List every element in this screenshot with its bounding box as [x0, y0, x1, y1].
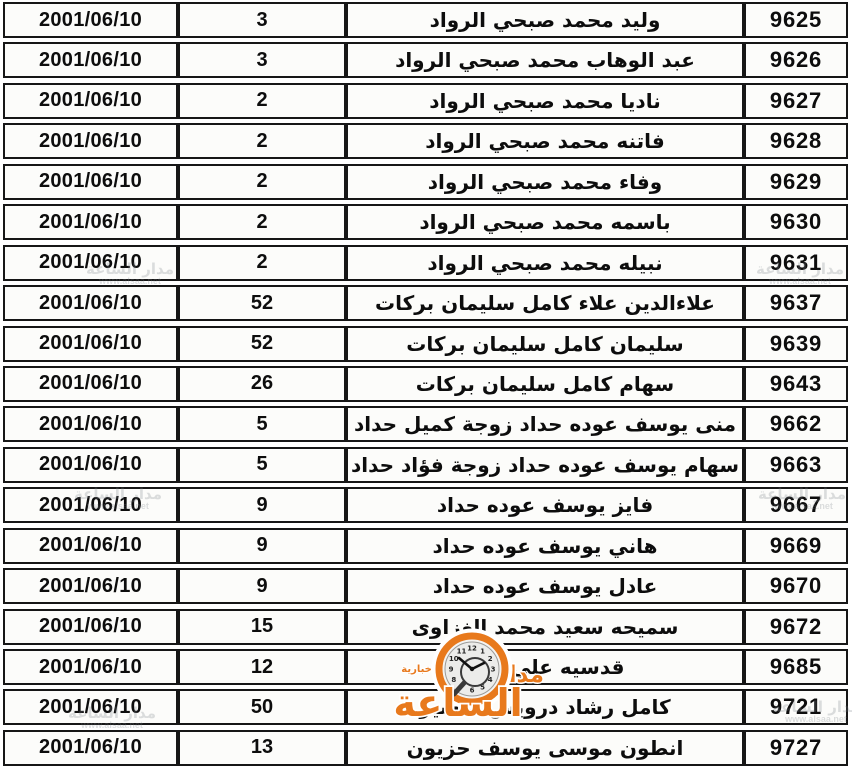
- registration-date-cell: 2001/06/10: [3, 406, 178, 442]
- count-cell: 2: [178, 123, 346, 159]
- registration-date-cell: 2001/06/10: [3, 568, 178, 604]
- registration-date-cell: 2001/06/10: [3, 649, 178, 685]
- table-row: 2001/06/10 2 نبيله محمد صبحي الرواد 9631: [3, 245, 850, 281]
- registration-date-cell: 2001/06/10: [3, 245, 178, 281]
- person-name-cell: سليمان كامل سليمان بركات: [346, 326, 744, 362]
- table-row: 2001/06/10 2 فاتنه محمد صبحي الرواد 9628: [3, 123, 850, 159]
- table-row: 2001/06/10 52 علاءالدين علاء كامل سليمان…: [3, 285, 850, 321]
- person-name-cell: كامل رشاد درويش الاسير: [346, 689, 744, 725]
- record-number-cell: 9672: [744, 609, 848, 645]
- table-row: 2001/06/10 2 ناديا محمد صبحي الرواد 9627: [3, 83, 850, 119]
- registration-date-cell: 2001/06/10: [3, 164, 178, 200]
- person-name-cell: انطون موسى يوسف حزيون: [346, 730, 744, 766]
- count-cell: 15: [178, 609, 346, 645]
- person-name-cell: ناديا محمد صبحي الرواد: [346, 83, 744, 119]
- person-name-cell: سميحه سعيد محمد الغزاوى: [346, 609, 744, 645]
- record-number-cell: 9663: [744, 447, 848, 483]
- person-name-cell: عبد الوهاب محمد صبحي الرواد: [346, 42, 744, 78]
- person-name-cell: فايز يوسف عوده حداد: [346, 487, 744, 523]
- registration-date-cell: 2001/06/10: [3, 204, 178, 240]
- person-name-cell: منى يوسف عوده حداد زوجة كميل حداد: [346, 406, 744, 442]
- table-row: 2001/06/10 9 هاني يوسف عوده حداد 9669: [3, 528, 850, 564]
- record-number-cell: 9721: [744, 689, 848, 725]
- count-cell: 3: [178, 2, 346, 38]
- registration-date-cell: 2001/06/10: [3, 609, 178, 645]
- count-cell: 5: [178, 406, 346, 442]
- table-row: 2001/06/10 2 باسمه محمد صبحي الرواد 9630: [3, 204, 850, 240]
- registration-date-cell: 2001/06/10: [3, 123, 178, 159]
- person-name-cell: نبيله محمد صبحي الرواد: [346, 245, 744, 281]
- table-row: 2001/06/10 5 سهام يوسف عوده حداد زوجة فؤ…: [3, 447, 850, 483]
- person-name-cell: عادل يوسف عوده حداد: [346, 568, 744, 604]
- person-name-cell: وليد محمد صبحي الرواد: [346, 2, 744, 38]
- registration-date-cell: 2001/06/10: [3, 42, 178, 78]
- person-name-cell: قدسيه علي رضا: [346, 649, 744, 685]
- person-name-cell: سهام كامل سليمان بركات: [346, 366, 744, 402]
- registration-date-cell: 2001/06/10: [3, 326, 178, 362]
- registration-date-cell: 2001/06/10: [3, 528, 178, 564]
- record-number-cell: 9627: [744, 83, 848, 119]
- record-number-cell: 9626: [744, 42, 848, 78]
- registration-date-cell: 2001/06/10: [3, 2, 178, 38]
- table-row: 2001/06/10 15 سميحه سعيد محمد الغزاوى 96…: [3, 609, 850, 645]
- person-name-cell: وفاء محمد صبحي الرواد: [346, 164, 744, 200]
- table-row: 2001/06/10 9 فايز يوسف عوده حداد 9667: [3, 487, 850, 523]
- record-number-cell: 9631: [744, 245, 848, 281]
- record-number-cell: 9669: [744, 528, 848, 564]
- record-number-cell: 9639: [744, 326, 848, 362]
- registration-date-cell: 2001/06/10: [3, 285, 178, 321]
- person-name-cell: هاني يوسف عوده حداد: [346, 528, 744, 564]
- count-cell: 9: [178, 487, 346, 523]
- records-table: 2001/06/10 3 وليد محمد صبحي الرواد 9625 …: [3, 2, 850, 766]
- count-cell: 5: [178, 447, 346, 483]
- table-row: 2001/06/10 12 قدسيه علي رضا 9685: [3, 649, 850, 685]
- table-row: 2001/06/10 2 وفاء محمد صبحي الرواد 9629: [3, 164, 850, 200]
- record-number-cell: 9643: [744, 366, 848, 402]
- count-cell: 13: [178, 730, 346, 766]
- registration-date-cell: 2001/06/10: [3, 447, 178, 483]
- records-table-page: 2001/06/10 3 وليد محمد صبحي الرواد 9625 …: [0, 0, 852, 768]
- record-number-cell: 9662: [744, 406, 848, 442]
- record-number-cell: 9625: [744, 2, 848, 38]
- table-row: 2001/06/10 3 وليد محمد صبحي الرواد 9625: [3, 2, 850, 38]
- count-cell: 9: [178, 568, 346, 604]
- record-number-cell: 9685: [744, 649, 848, 685]
- table-row: 2001/06/10 13 انطون موسى يوسف حزيون 9727: [3, 730, 850, 766]
- table-row: 2001/06/10 52 سليمان كامل سليمان بركات 9…: [3, 326, 850, 362]
- record-number-cell: 9628: [744, 123, 848, 159]
- person-name-cell: باسمه محمد صبحي الرواد: [346, 204, 744, 240]
- registration-date-cell: 2001/06/10: [3, 730, 178, 766]
- count-cell: 12: [178, 649, 346, 685]
- record-number-cell: 9727: [744, 730, 848, 766]
- count-cell: 9: [178, 528, 346, 564]
- count-cell: 52: [178, 285, 346, 321]
- count-cell: 2: [178, 245, 346, 281]
- record-number-cell: 9630: [744, 204, 848, 240]
- person-name-cell: سهام يوسف عوده حداد زوجة فؤاد حداد: [346, 447, 744, 483]
- count-cell: 2: [178, 164, 346, 200]
- count-cell: 3: [178, 42, 346, 78]
- count-cell: 50: [178, 689, 346, 725]
- record-number-cell: 9670: [744, 568, 848, 604]
- table-row: 2001/06/10 3 عبد الوهاب محمد صبحي الرواد…: [3, 42, 850, 78]
- record-number-cell: 9667: [744, 487, 848, 523]
- registration-date-cell: 2001/06/10: [3, 83, 178, 119]
- count-cell: 2: [178, 204, 346, 240]
- record-number-cell: 9637: [744, 285, 848, 321]
- count-cell: 52: [178, 326, 346, 362]
- count-cell: 26: [178, 366, 346, 402]
- person-name-cell: علاءالدين علاء كامل سليمان بركات: [346, 285, 744, 321]
- person-name-cell: فاتنه محمد صبحي الرواد: [346, 123, 744, 159]
- table-row: 2001/06/10 5 منى يوسف عوده حداد زوجة كمي…: [3, 406, 850, 442]
- record-number-cell: 9629: [744, 164, 848, 200]
- registration-date-cell: 2001/06/10: [3, 689, 178, 725]
- count-cell: 2: [178, 83, 346, 119]
- table-row: 2001/06/10 50 كامل رشاد درويش الاسير 972…: [3, 689, 850, 725]
- table-row: 2001/06/10 26 سهام كامل سليمان بركات 964…: [3, 366, 850, 402]
- table-row: 2001/06/10 9 عادل يوسف عوده حداد 9670: [3, 568, 850, 604]
- registration-date-cell: 2001/06/10: [3, 366, 178, 402]
- registration-date-cell: 2001/06/10: [3, 487, 178, 523]
